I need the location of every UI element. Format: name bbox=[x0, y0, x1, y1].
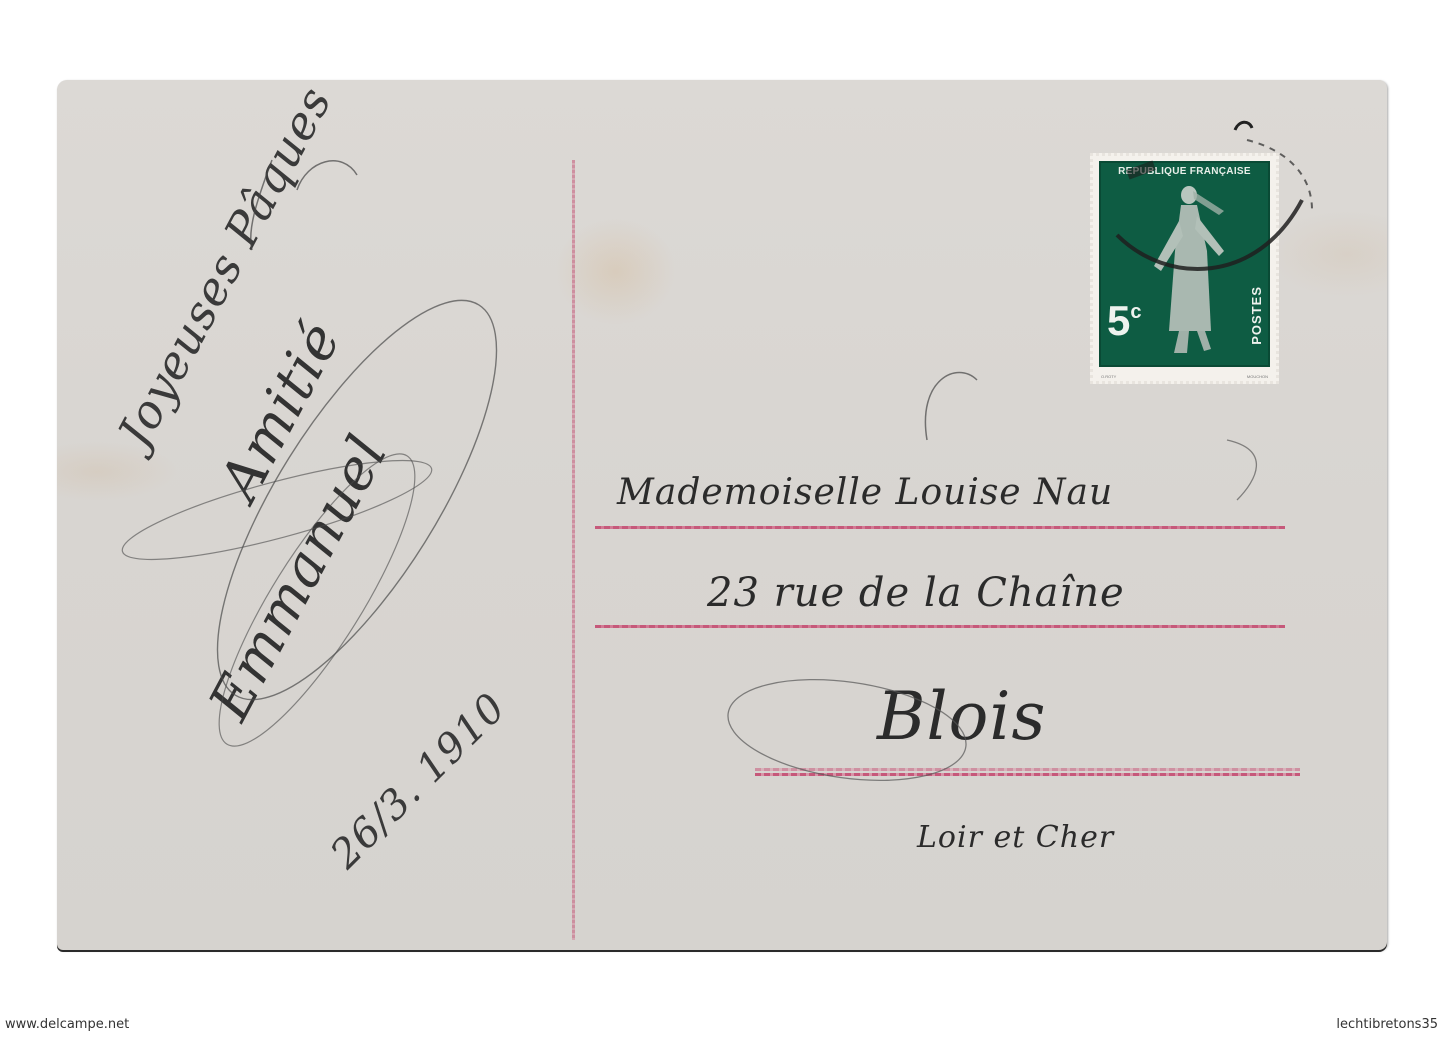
address-region: Loir et Cher bbox=[917, 820, 1114, 855]
address-city: Blois bbox=[877, 678, 1046, 755]
address-line-1: Mademoiselle Louise Nau bbox=[617, 472, 1113, 513]
address-line-2: 23 rue de la Chaîne bbox=[707, 570, 1125, 616]
message-flourish bbox=[57, 80, 577, 950]
address-rule-3 bbox=[755, 768, 1300, 775]
address-rule-2 bbox=[595, 625, 1285, 628]
address-rule-1 bbox=[595, 526, 1285, 529]
postcard-back: Joyeuses Pâques Amitié Emmanuel 26/3. 19… bbox=[57, 80, 1387, 950]
postage-stamp: REPUBLIQUE FRANÇAISE 5c POSTES O.ROTYMOU… bbox=[1090, 153, 1279, 384]
stamp-country: REPUBLIQUE FRANÇAISE bbox=[1101, 166, 1268, 177]
stamp-imprint: O.ROTYMOUCHON bbox=[1101, 374, 1268, 379]
stamp-label: POSTES bbox=[1249, 286, 1264, 345]
stamp-value: 5c bbox=[1107, 297, 1141, 345]
footer-seller-name: lechtibretons35 bbox=[1336, 1017, 1438, 1032]
sower-figure-icon bbox=[1149, 181, 1229, 361]
footer-site-link[interactable]: www.delcampe.net bbox=[5, 1017, 129, 1032]
